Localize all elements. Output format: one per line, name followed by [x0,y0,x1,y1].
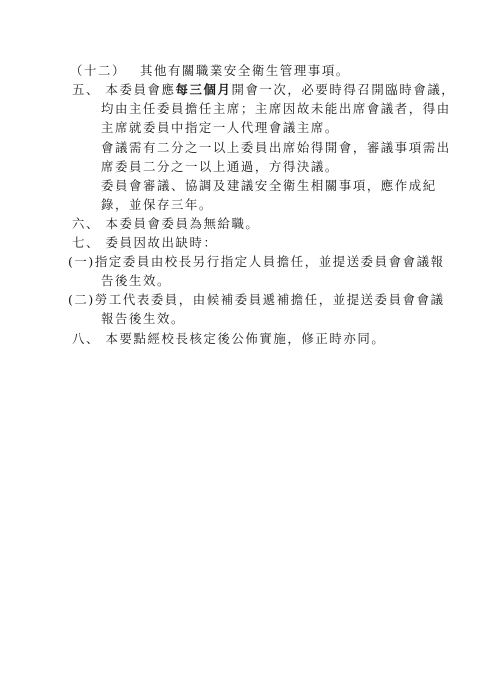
section-5: 五、 本委員會應每三個月開會一次，必要時得召開臨時會議， [72,81,455,99]
section-text: 委員因故出缺時： [106,235,218,250]
clause-marker: （十二） [70,63,126,78]
section-5-line-3: 主席就委員中指定一人代理會議主席。 [101,119,339,137]
subitem-marker: (一) [68,254,95,269]
section-5-line-6: 委員會審議、協調及建議安全衛生相關事項，應作成紀 [101,177,437,195]
subitem-1: (一)指定委員由校長另行指定人員擔任，並提送委員會會議報 [68,253,445,271]
section-text: 本委員會應每三個月開會一次，必要時得召開臨時會議， [106,82,456,97]
section-5-line-5: 席委員二分之一以上通過，方得決議。 [101,158,339,176]
section-8: 八、 本要點經校長核定後公佈實施，修正時亦同。 [72,330,385,348]
section-5-line-4: 會議需有二分之一以上委員出席始得開會，審議事項需出 [101,139,451,157]
section-marker: 八、 [72,331,100,346]
subitem-2-line-2: 報告後生效。 [101,310,185,328]
subitem-text: 勞工代表委員，由候補委員遞補擔任，並提送委員會會議 [95,292,445,307]
section-7: 七、 委員因故出缺時： [72,234,217,252]
section-marker: 五、 [72,82,100,97]
subitem-text: 指定委員由校長另行指定人員擔任，並提送委員會會議報 [95,254,445,269]
subitem-1-line-2: 告後生效。 [101,272,171,290]
section-text: 本委員會委員為無給職。 [106,216,260,231]
section-marker: 七、 [72,235,100,250]
clause-12: （十二）其他有關職業安全衛生管理事項。 [70,62,350,80]
section-6: 六、 本委員會委員為無給職。 [72,215,259,233]
subitem-2: (二)勞工代表委員，由候補委員遞補擔任，並提送委員會會議 [68,291,445,309]
section-marker: 六、 [72,216,100,231]
section-5-line-7: 錄，並保存三年。 [101,196,213,214]
section-5-line-2: 均由主任委員擔任主席；主席因故未能出席會議者，得由 [101,100,451,118]
section-text: 本要點經校長核定後公佈實施，修正時亦同。 [106,331,386,346]
clause-text: 其他有關職業安全衛生管理事項。 [140,63,350,78]
subitem-marker: (二) [68,292,95,307]
bold-emphasis: 每三個月 [175,82,231,97]
document-page: （十二）其他有關職業安全衛生管理事項。 五、 本委員會應每三個月開會一次，必要時… [0,0,495,700]
